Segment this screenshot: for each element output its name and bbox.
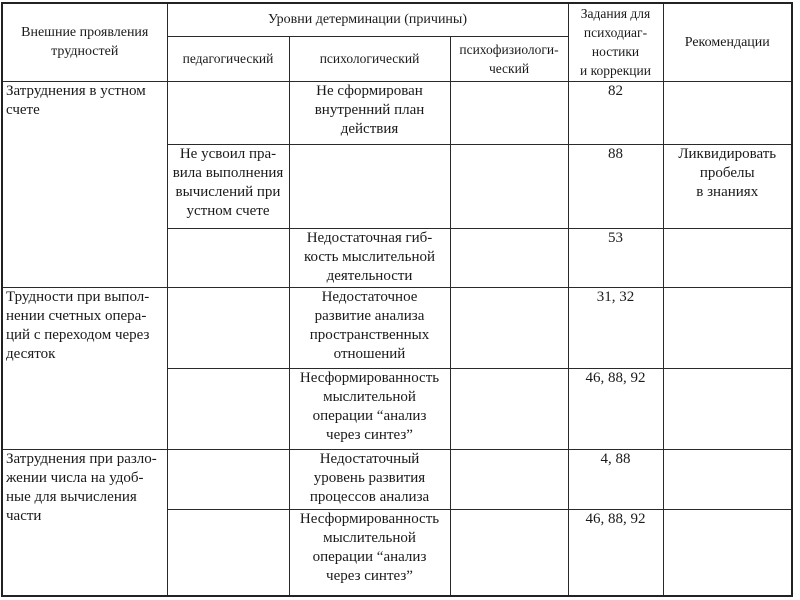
recommendation-cell — [663, 509, 792, 596]
text-line: пространственных — [293, 326, 447, 345]
text-line: Недостаточный — [293, 450, 447, 469]
text-line: действия — [293, 120, 447, 139]
psychophysiological-cell — [450, 81, 568, 144]
text-line: кость мыслительной — [293, 248, 447, 267]
text-line: трудностей — [6, 42, 164, 61]
text-line: вычислений при — [171, 183, 286, 202]
psychological-cell — [289, 144, 450, 228]
text-line: Не сформирован — [293, 82, 447, 101]
recommendation-cell — [663, 287, 792, 368]
text-line: деятельности — [293, 267, 447, 286]
text-line: пробелы — [667, 164, 789, 183]
tasks-cell: 82 — [568, 81, 663, 144]
text-line: уровень развития — [293, 469, 447, 488]
text-line: Не усвоил пра- — [171, 145, 286, 164]
text-line: через синтез” — [293, 567, 447, 586]
text-line: развитие анализа — [293, 307, 447, 326]
tasks-cell: 53 — [568, 228, 663, 287]
text-line: и коррекции — [572, 61, 660, 80]
text-line: через синтез” — [293, 426, 447, 445]
psychological-cell: Недостаточноеразвитие анализапространств… — [289, 287, 450, 368]
recommendation-cell — [663, 81, 792, 144]
text-line: в знаниях — [667, 183, 789, 202]
psychological-cell: Несформированностьмыслительнойоперации “… — [289, 368, 450, 449]
text-line: процессов анализа — [293, 488, 447, 507]
text-line: психодиаг- — [572, 23, 660, 42]
difficulty-cell: Затруднения в устномсчете — [2, 81, 167, 287]
text-line: части — [6, 507, 164, 526]
text-line: десяток — [6, 345, 164, 364]
psychophysiological-cell — [450, 228, 568, 287]
text-line: операции “анализ — [293, 548, 447, 567]
text-line: Ликвидировать — [667, 145, 789, 164]
pedagogical-cell — [167, 287, 289, 368]
text-line: Затруднения при разло- — [6, 450, 164, 469]
header-difficulties: Внешние проявлениятрудностей — [2, 3, 167, 81]
text-line: операции “анализ — [293, 407, 447, 426]
text-line: устном счете — [171, 202, 286, 221]
text-line: Затруднения в устном — [6, 82, 164, 101]
text-line: внутренний план — [293, 101, 447, 120]
psychophysiological-cell — [450, 287, 568, 368]
table-row: Затруднения при разло-жении числа на удо… — [2, 449, 792, 509]
tasks-cell: 88 — [568, 144, 663, 228]
pedagogical-cell — [167, 228, 289, 287]
tasks-cell: 46, 88, 92 — [568, 509, 663, 596]
recommendation-cell — [663, 449, 792, 509]
text-line: Трудности при выпол- — [6, 288, 164, 307]
tasks-cell: 46, 88, 92 — [568, 368, 663, 449]
header-recommendations: Рекомендации — [663, 3, 792, 81]
table-row: Затруднения в устномсчетеНе сформированв… — [2, 81, 792, 144]
psychophysiological-cell — [450, 449, 568, 509]
psychological-cell: Не сформированвнутренний пландействия — [289, 81, 450, 144]
text-line: ностики — [572, 42, 660, 61]
text-line: Недостаточная гиб- — [293, 229, 447, 248]
pedagogical-cell: Не усвоил пра-вила выполнениявычислений … — [167, 144, 289, 228]
recommendation-cell: Ликвидироватьпробелыв знаниях — [663, 144, 792, 228]
pedagogical-cell — [167, 509, 289, 596]
table-body: Затруднения в устномсчетеНе сформированв… — [2, 81, 792, 596]
text-line: счете — [6, 101, 164, 120]
psychological-cell: Несформированностьмыслительнойоперации “… — [289, 509, 450, 596]
pedagogical-cell — [167, 368, 289, 449]
header-levels-group: Уровни детерминации (причины) — [167, 3, 568, 36]
text-line: Несформированность — [293, 510, 447, 529]
psychophysiological-cell — [450, 509, 568, 596]
difficulty-cell: Трудности при выпол-нении счетных опера-… — [2, 287, 167, 449]
text-line: ные для вычисления — [6, 488, 164, 507]
text-line: Несформированность — [293, 369, 447, 388]
text-line: Задания для — [572, 4, 660, 23]
text-line: вила выполнения — [171, 164, 286, 183]
psychological-cell: Недостаточныйуровень развитияпроцессов а… — [289, 449, 450, 509]
text-line: мыслительной — [293, 529, 447, 548]
header-pedagogical: педагогический — [167, 36, 289, 81]
pedagogical-cell — [167, 449, 289, 509]
difficulties-table: Внешние проявлениятрудностей Уровни дете… — [1, 2, 793, 597]
header-psychological: психологический — [289, 36, 450, 81]
text-line: ций с переходом через — [6, 326, 164, 345]
header-psychophysiological: психофизиологи-ческий — [450, 36, 568, 81]
header-tasks: Задания дляпсиходиаг-ностикии коррекции — [568, 3, 663, 81]
text-line: Внешние проявления — [6, 23, 164, 42]
recommendation-cell — [663, 228, 792, 287]
text-line: нении счетных опера- — [6, 307, 164, 326]
text-line: психофизиологи- — [454, 40, 565, 59]
table-row: Трудности при выпол-нении счетных опера-… — [2, 287, 792, 368]
text-line: мыслительной — [293, 388, 447, 407]
psychophysiological-cell — [450, 144, 568, 228]
tasks-cell: 31, 32 — [568, 287, 663, 368]
tasks-cell: 4, 88 — [568, 449, 663, 509]
psychological-cell: Недостаточная гиб-кость мыслительнойдеят… — [289, 228, 450, 287]
difficulty-cell: Затруднения при разло-жении числа на удо… — [2, 449, 167, 596]
recommendation-cell — [663, 368, 792, 449]
text-line: отношений — [293, 345, 447, 364]
psychophysiological-cell — [450, 368, 568, 449]
text-line: жении числа на удоб- — [6, 469, 164, 488]
pedagogical-cell — [167, 81, 289, 144]
text-line: ческий — [454, 59, 565, 78]
text-line: Недостаточное — [293, 288, 447, 307]
